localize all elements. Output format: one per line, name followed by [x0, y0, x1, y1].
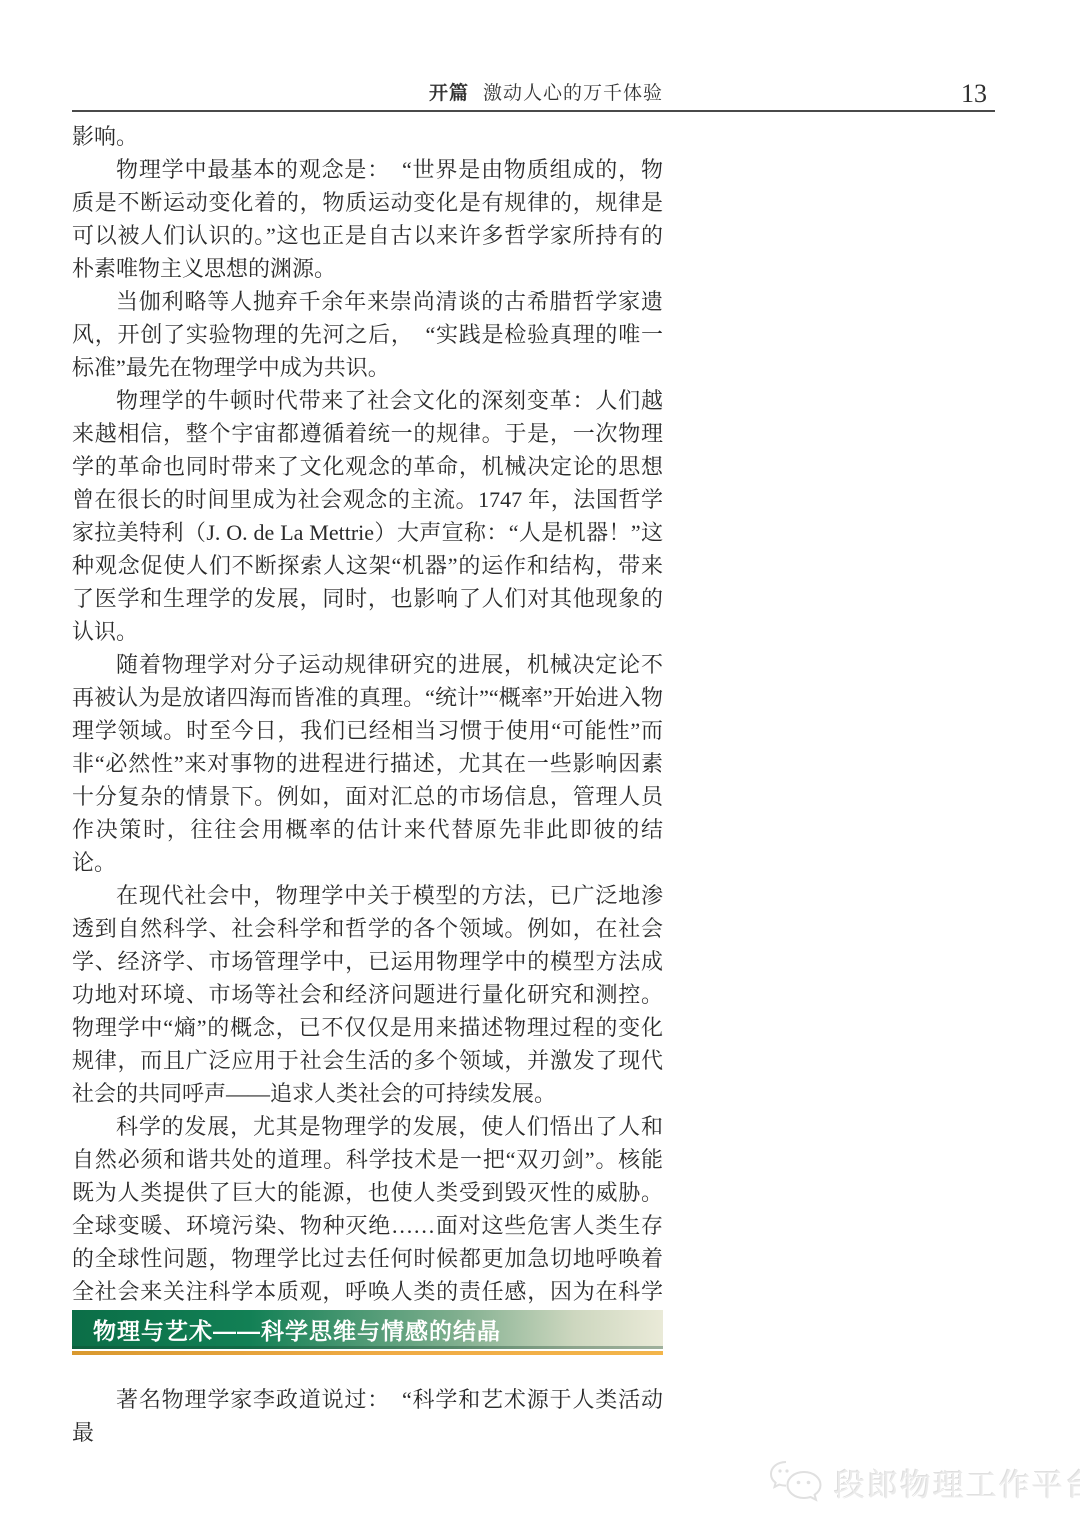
section-banner-title: 物理与艺术——科学思维与情感的结晶: [72, 1313, 501, 1346]
banner-underline: [72, 1351, 663, 1355]
body-text-column: 影响。 物理学中最基本的观念是： “世界是由物质组成的，物质是不断运动变化着的，…: [72, 120, 663, 1341]
paragraph: 物理学中最基本的观念是： “世界是由物质组成的，物质是不断运动变化着的，物质运动…: [72, 153, 663, 285]
wechat-chat-bubbles-icon: [768, 1458, 824, 1506]
section-banner-bar: 物理与艺术——科学思维与情感的结晶: [72, 1310, 663, 1349]
running-header-text: 开篇激动人心的万千体验: [72, 78, 663, 105]
paragraph: 在现代社会中，物理学中关于模型的方法，已广泛地渗透到自然科学、社会科学和哲学的各…: [72, 879, 663, 1110]
paragraph: 当伽利略等人抛弃千余年来崇尚清谈的古希腊哲学家遗风，开创了实验物理的先河之后， …: [72, 285, 663, 384]
paragraph: 著名物理学家李政道说过： “科学和艺术源于人类活动最: [72, 1383, 663, 1449]
watermark: 段郎物理工作平台: [768, 1458, 1080, 1506]
paragraph-continuation: 影响。: [72, 120, 663, 153]
page-header: 开篇激动人心的万千体验 13: [72, 78, 995, 112]
paragraph: 科学的发展，尤其是物理学的发展，使人们悟出了人和自然必须和谐共处的道理。科学技术…: [72, 1110, 663, 1341]
paragraph: 随着物理学对分子运动规律研究的进展，机械决定论不再被认为是放诸四海而皆准的真理。…: [72, 648, 663, 879]
watermark-text: 段郎物理工作平台: [834, 1460, 1080, 1505]
header-section-label: 开篇: [429, 83, 469, 104]
paragraph: 物理学的牛顿时代带来了社会文化的深刻变革：人们越来越相信，整个宇宙都遵循着统一的…: [72, 384, 663, 648]
section-first-paragraph-wrap: 著名物理学家李政道说过： “科学和艺术源于人类活动最: [72, 1383, 663, 1449]
page-number: 13: [961, 79, 987, 109]
textbook-page: 开篇激动人心的万千体验 13 影响。 物理学中最基本的观念是： “世界是由物质组…: [0, 0, 1080, 1536]
section-banner: 物理与艺术——科学思维与情感的结晶: [72, 1310, 663, 1355]
header-section-title: 激动人心的万千体验: [483, 83, 663, 104]
